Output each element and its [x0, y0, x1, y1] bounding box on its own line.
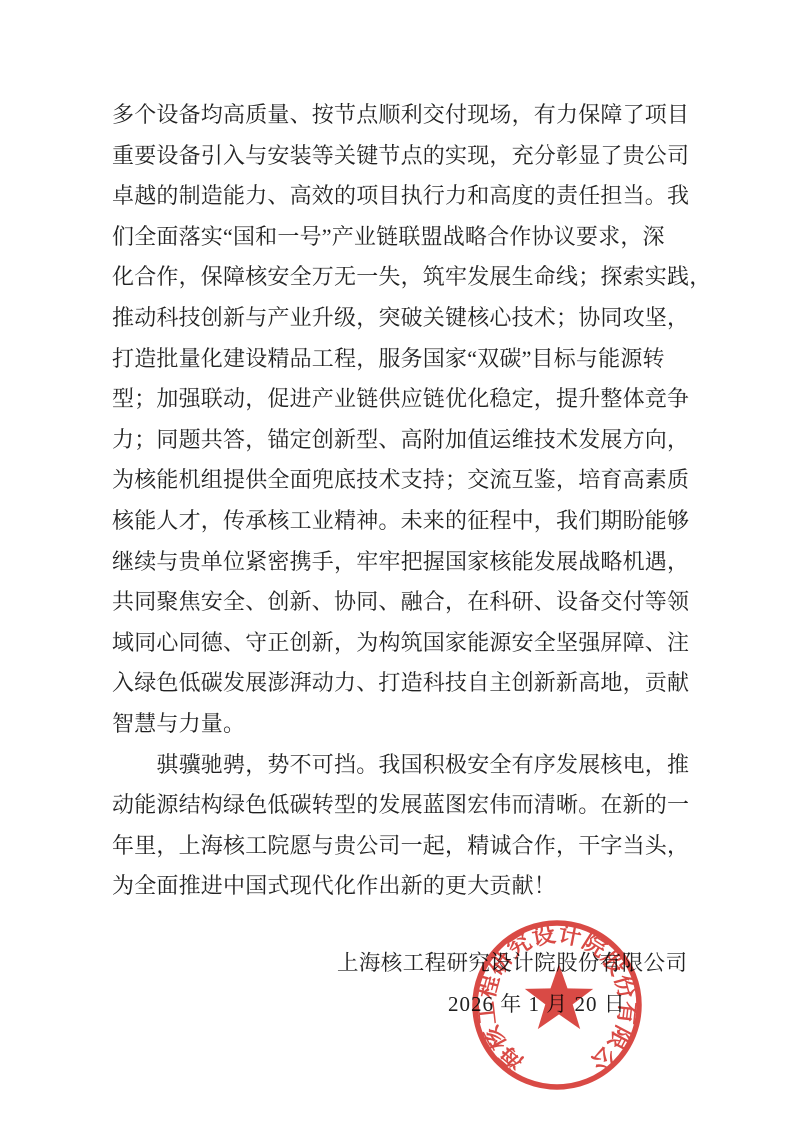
signature-date: 2026 年 1 月 20 日 — [448, 988, 626, 1018]
letter-body: 多个设备均高质量、按节点顺利交付现场，有力保障了项目重要设备引入与安装等关键节点… — [112, 95, 694, 907]
text-line: 年里，上海核工院愿与贵公司一起，精诚合作，干字当头， — [112, 826, 694, 867]
signature-company-name: 上海核工程研究设计院股份有限公司 — [337, 946, 687, 977]
text-line: 为全面推进中国式现代化作出新的更大贡献！ — [112, 866, 694, 907]
text-line: 型；加强联动，促进产业链供应链优化稳定，提升整体竞争 — [112, 379, 694, 420]
text-line: 重要设备引入与安装等关键节点的实现，充分彰显了贵公司 — [112, 136, 694, 177]
text-line: 动能源结构绿色低碳转型的发展蓝图宏伟而清晰。在新的一 — [112, 785, 694, 826]
text-line: 卓越的制造能力、高效的项目执行力和高度的责任担当。我 — [112, 176, 694, 217]
paragraph-2: 骐骥驰骋，势不可挡。我国积极安全有序发展核电，推动能源结构绿色低碳转型的发展蓝图… — [112, 745, 694, 907]
paragraph-1: 多个设备均高质量、按节点顺利交付现场，有力保障了项目重要设备引入与安装等关键节点… — [112, 95, 694, 745]
text-line: 推动科技创新与产业升级，突破关键核心技术；协同攻坚， — [112, 298, 694, 339]
text-line: 共同聚焦安全、创新、协同、融合，在科研、设备交付等领 — [112, 582, 694, 623]
text-line: 多个设备均高质量、按节点顺利交付现场，有力保障了项目 — [112, 95, 694, 136]
text-line: 继续与贵单位紧密携手，牢牢把握国家核能发展战略机遇， — [112, 542, 694, 583]
text-line: 为核能机组提供全面兜底技术支持；交流互鉴，培育高素质 — [112, 460, 694, 501]
letter-page: 多个设备均高质量、按节点顺利交付现场，有力保障了项目重要设备引入与安装等关键节点… — [0, 0, 800, 1129]
text-line: 核能人才，传承核工业精神。未来的征程中，我们期盼能够 — [112, 501, 694, 542]
text-line: 智慧与力量。 — [112, 704, 694, 745]
text-line: 骐骥驰骋，势不可挡。我国积极安全有序发展核电，推 — [112, 745, 694, 786]
text-line: 力；同题共答，锚定创新型、高附加值运维技术发展方向， — [112, 420, 694, 461]
text-line: 们全面落实“国和一号”产业链联盟战略合作协议要求，深 — [112, 217, 694, 258]
text-line: 化合作，保障核安全万无一失，筑牢发展生命线；探索实践， — [112, 257, 694, 298]
text-line: 入绿色低碳发展澎湃动力、打造科技自主创新新高地，贡献 — [112, 663, 694, 704]
text-line: 域同心同德、守正创新，为构筑国家能源安全坚强屏障、注 — [112, 623, 694, 664]
text-line: 打造批量化建设精品工程，服务国家“双碳”目标与能源转 — [112, 339, 694, 380]
